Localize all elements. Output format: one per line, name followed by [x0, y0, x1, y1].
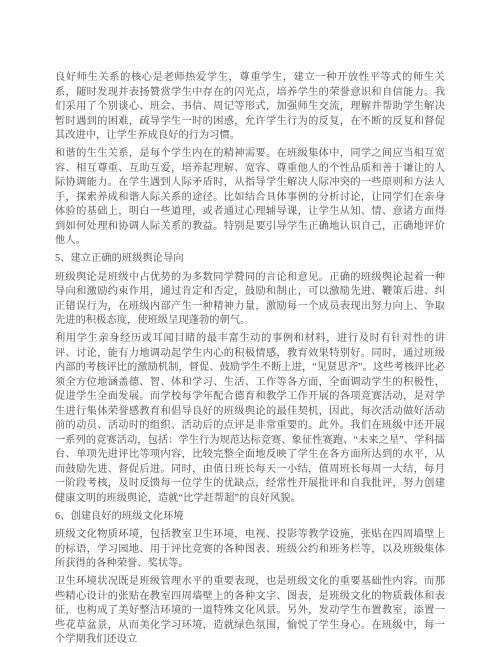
paragraph-student-student-relations: 和谐的生生关系，是每个学生内在的精神需要。在班级集体中，同学之间应当相互宽容、相… — [55, 147, 445, 249]
paragraph-teacher-student-relations: 良好师生关系的核心是老师热爱学生，尊重学生，建立一种开放性平等式的师生关系，随时… — [55, 71, 445, 144]
section-heading-5: 5、建立正确的班级舆论导向 — [55, 252, 445, 267]
section-heading-6: 6、创建良好的班级文化环境 — [55, 510, 445, 525]
paragraph-hygiene-environment: 卫生环境状况既是班级管理水平的重要表现，也是班级文化的重要基础性内容。而那些精心… — [55, 575, 445, 647]
document-page: 良好师生关系的核心是老师热爱学生，尊重学生，建立一种开放性平等式的师生关系，随时… — [0, 0, 500, 647]
paragraph-class-opinion-definition: 班级舆论是班级中占优势的为多数同学赞同的言论和意见。正确的班级舆论起着一种导向和… — [55, 271, 445, 329]
paragraph-class-culture-environment: 班级文化物质环境，包括教室卫生环境，电视、投影等教学设施，张贴在四周墙壁上的标语… — [55, 528, 445, 572]
paragraph-evaluation-and-competitions: 利用学生亲身经历或耳闻目睹的最丰富生动的事例和材料，进行及时有针对性的讲评、讨论… — [55, 332, 445, 506]
